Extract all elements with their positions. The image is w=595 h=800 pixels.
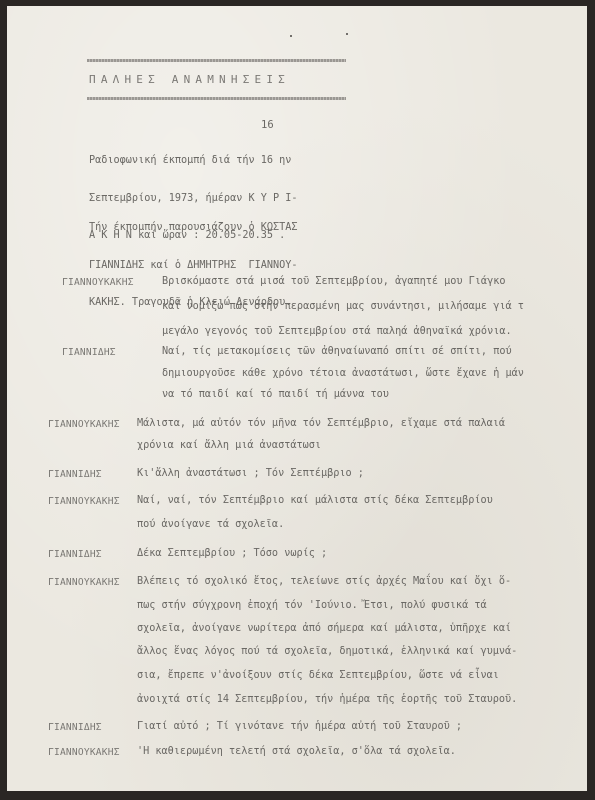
dialogue-line: πού ἀνοίγανε τά σχολεῖα. [137,519,284,530]
dialogue-line: Ναί, τίς μετακομίσεις τῶν ἀθηναίωναπό σπ… [162,346,512,357]
dialogue-line: χρόνια καί ἄλλη μιά ἀναστάτωσι [137,440,321,451]
dialogue-line: 'Η καθιερωμένη τελετή στά σχολεῖα, σ'ὅλα… [137,746,456,757]
dialogue-line: Μάλιστα, μά αὐτόν τόν μῆνα τόν Σεπτέμβρι… [137,418,505,429]
dialogue-line: Βλέπεις τό σχολικό ἔτος, τελείωνε στίς ἀ… [137,576,511,587]
dialogue-line: ἄλλος ἕνας λόγος πού τά σχολεῖα, δημοτικ… [137,646,517,657]
dialogue-line: ἀνοιχτά στίς 14 Σεπτεμβρίου, τήν ἡμέρα τ… [137,694,517,705]
intro-line: Τήν έκπομπήν παρουσιάζουν ὁ ΚΩΣΤΑΣ [89,222,298,235]
typewritten-page: ΠΑΛΗΕΣ ΑΝΑΜΝΗΣΕΙΣ 16 Ραδιοφωνική έκπομπή… [7,6,587,791]
speaker-name: ΓΙΑΝΝΙΔΗΣ [62,347,116,358]
dialogue-line: Γιατί αὐτό ; Τί γινότανε τήν ἡμέρα αὐτή … [137,721,462,732]
dialogue-line: δημιουργοῦσε κάθε χρόνο τέτοια ἀναστάτωσ… [162,368,524,379]
dialogue-line: σια, ἔπρεπε ν'ἀνοίξουν στίς δέκα Σεπτεμβ… [137,670,499,681]
dialogue-line: Βρισκόμαστε στά μισά τοῦ Σεπτεμβρίου, ἀγ… [162,276,505,287]
dialogue-line: καί νομίζω πώς στήν περασμένη μας συνάντ… [162,301,524,312]
title-rule-bottom [87,97,346,100]
speaker-name: ΓΙΑΝΝΟΥΚΑΚΗΣ [48,419,120,430]
speaker-name: ΓΙΑΝΝΟΥΚΑΚΗΣ [62,277,134,288]
speaker-name: ΓΙΑΝΝΟΥΚΑΚΗΣ [48,747,120,758]
speaker-name: ΓΙΑΝΝΙΔΗΣ [48,722,102,733]
dialogue-line: μεγάλο γεγονός τοῦ Σεπτεμβρίου στά παληά… [162,326,512,337]
dialogue-line: σχολεῖα, ἀνοίγανε νωρίτερα ἀπό σήμερα κα… [137,623,511,634]
paper-speck [290,35,292,37]
dialogue-line: πως στήν σύγχρονη ἐποχή τόν 'Ιούνιο. Ἔτσ… [137,600,487,611]
speaker-name: ΓΙΑΝΝΟΥΚΑΚΗΣ [48,496,120,507]
intro-line: ΓΙΑΝΝΙΔΗΣ καί ὁ ΔΗΜΗΤΡΗΣ ΓΙΑΝΝΟΥ- [89,260,298,273]
dialogue-line: Δέκα Σεπτεμβρίου ; Τόσο νωρίς ; [137,548,327,559]
presenters-intro: Τήν έκπομπήν παρουσιάζουν ὁ ΚΩΣΤΑΣ ΓΙΑΝΝ… [89,197,298,335]
dialogue-line: Κι'ἄλλη ἀναστάτωσι ; Τόν Σεπτέμβριο ; [137,468,364,479]
speaker-name: ΓΙΑΝΝΟΥΚΑΚΗΣ [48,577,120,588]
speaker-name: ΓΙΑΝΝΙΔΗΣ [48,469,102,480]
speaker-name: ΓΙΑΝΝΙΔΗΣ [48,549,102,560]
broadcast-info-line: Ραδιοφωνική έκπομπή διά τήν 16 ην [89,155,298,168]
dialogue-line: να τό παιδί καί τό παιδί τή μάννα του [162,389,389,400]
dialogue-line: Ναί, ναί, τόν Σεπτέμβριο καί μάλιστα στί… [137,495,493,506]
document-title: ΠΑΛΗΕΣ ΑΝΑΜΝΗΣΕΙΣ [89,73,290,86]
paper-speck [346,33,348,35]
title-rule-top [87,59,346,62]
